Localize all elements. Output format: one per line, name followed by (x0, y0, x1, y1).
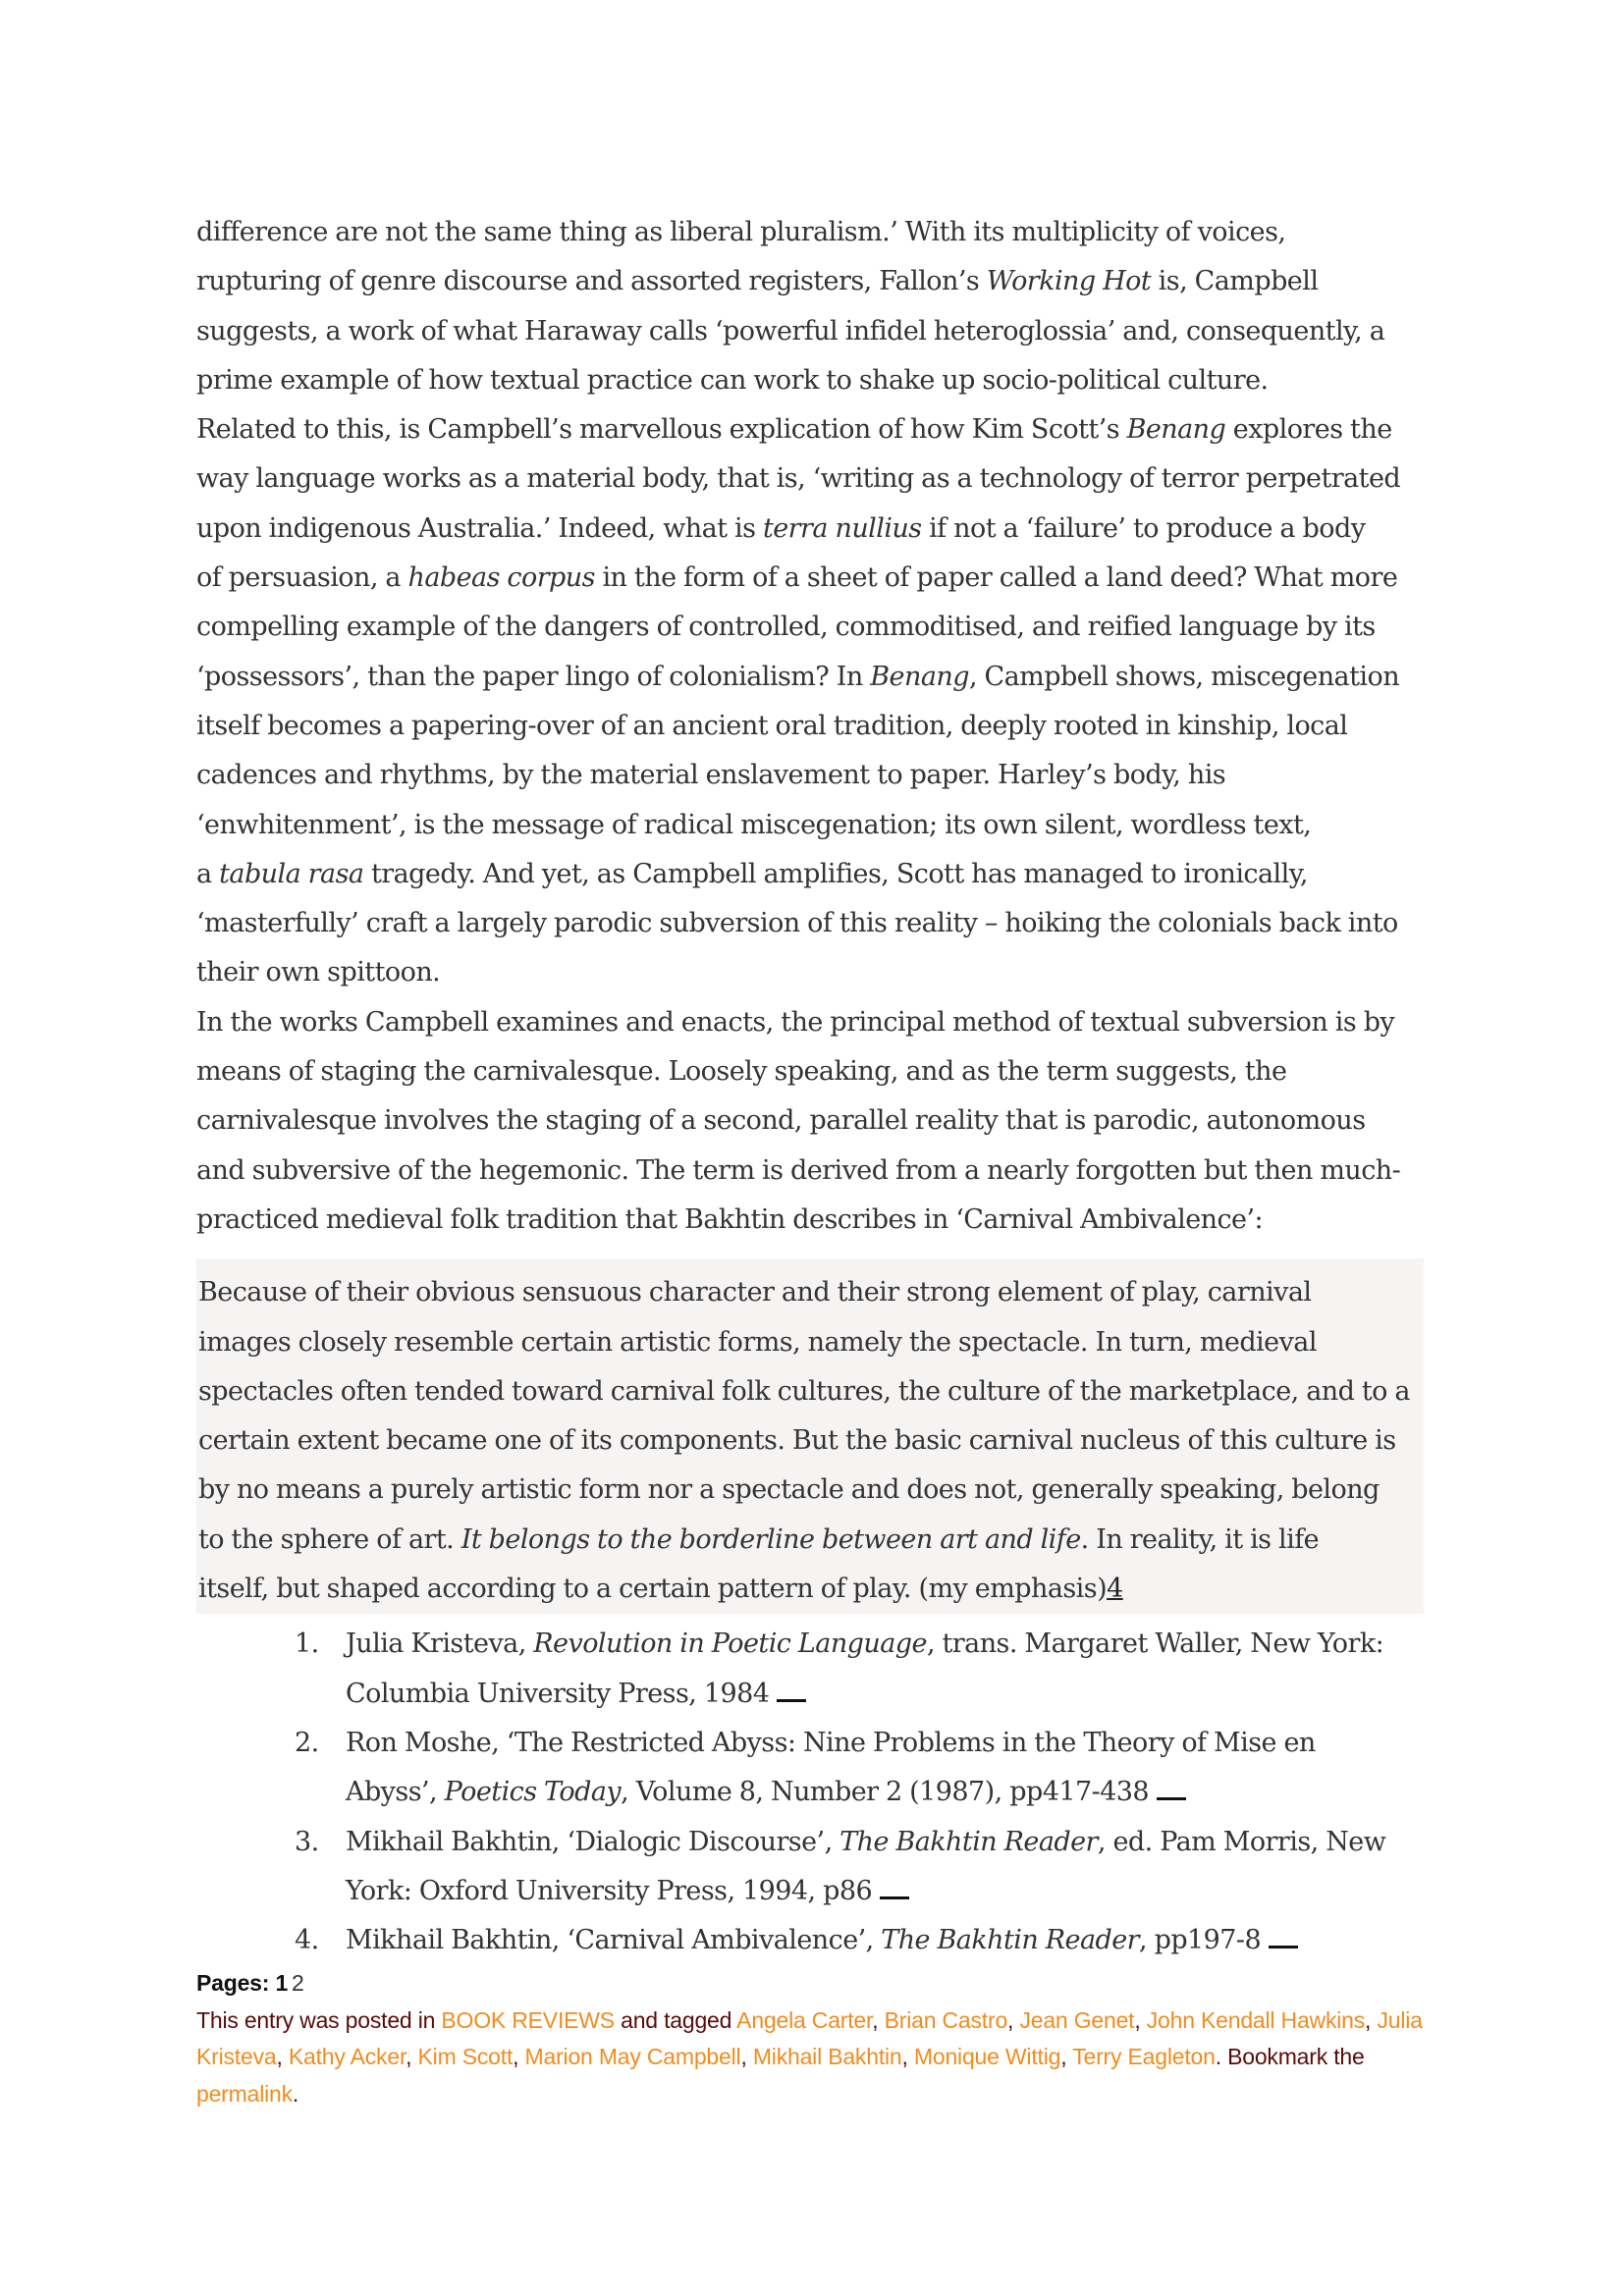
text-line: images closely resemble certain artistic… (198, 1318, 1424, 1367)
text-line: by no means a purely artistic form nor a… (198, 1466, 1424, 1515)
text-run: a (196, 859, 219, 889)
text-line: Julia Kristeva, Revolution in Poetic Lan… (346, 1620, 1434, 1669)
text-line: of persuasion, a habeas corpus in the fo… (196, 554, 1434, 603)
footnote-number: 2. (295, 1719, 330, 1768)
text-line: upon indigenous Australia.’ Indeed, what… (196, 505, 1434, 554)
text-run: if not a ‘failure’ to produce a body (922, 513, 1366, 544)
tag-separator: , (1060, 2044, 1072, 2069)
text-line: difference are not the same thing as lib… (196, 208, 1434, 257)
tag-separator: , (406, 2044, 417, 2069)
article-page: difference are not the same thing as lib… (196, 208, 1434, 2112)
tag-link[interactable]: Kathy Acker (289, 2044, 406, 2069)
text-run: York: Oxford University Press, 1994, p86 (346, 1876, 872, 1906)
italic-text: terra nullius (763, 513, 922, 544)
tagged-text: and tagged (615, 2007, 736, 2033)
footnote-backlink[interactable] (1269, 1946, 1298, 1949)
text-line: Mikhail Bakhtin, ‘Dialogic Discourse’, T… (346, 1818, 1434, 1867)
text-run: upon indigenous Australia.’ Indeed, what… (196, 513, 763, 544)
text-run: is, Campbell (1151, 266, 1318, 296)
bookmark-text: . Bookmark the (1216, 2044, 1365, 2069)
footnote-item: 3.Mikhail Bakhtin, ‘Dialogic Discourse’,… (196, 1818, 1434, 1917)
text-run: Julia Kristeva, (346, 1629, 533, 1659)
permalink-link[interactable]: permalink (196, 2081, 293, 2107)
italic-text: tabula rasa (219, 859, 363, 889)
tag-separator: , (1134, 2007, 1146, 2033)
text-run: prime example of how textual practice ca… (196, 365, 1269, 396)
footnote-item: 4.Mikhail Bakhtin, ‘Carnival Ambivalence… (196, 1916, 1434, 1965)
blockquote: Because of their obvious sensuous charac… (196, 1258, 1424, 1614)
tag-link[interactable]: Mikhail Bakhtin (753, 2044, 902, 2069)
text-run: cadences and rhythms, by the material en… (196, 760, 1225, 790)
text-run: in the form of a sheet of paper called a… (595, 562, 1397, 593)
text-run: ‘enwhitenment’, is the message of radica… (196, 810, 1311, 840)
text-run: practiced medieval folk tradition that B… (196, 1204, 1263, 1235)
tag-link[interactable]: Terry Eagleton (1072, 2044, 1216, 2069)
paragraph: Related to this, is Campbell’s marvellou… (196, 405, 1434, 998)
text-line: Columbia University Press, 1984 (346, 1670, 1434, 1719)
text-run: itself, but shaped according to a certai… (198, 1574, 1107, 1604)
text-run: Related to this, is Campbell’s marvellou… (196, 414, 1127, 445)
text-line: Because of their obvious sensuous charac… (198, 1268, 1424, 1317)
tag-link[interactable]: Jean Genet (1019, 2007, 1134, 2033)
italic-text: habeas corpus (407, 562, 594, 593)
text-line: compelling example of the dangers of con… (196, 603, 1434, 652)
text-run: , trans. Margaret Waller, New York: (927, 1629, 1383, 1659)
tag-link[interactable]: Brian Castro (885, 2007, 1007, 2033)
tag-separator: , (740, 2044, 752, 2069)
italic-text: It belongs to the borderline between art… (461, 1524, 1081, 1555)
text-run: difference are not the same thing as lib… (196, 217, 1285, 247)
text-run: In the works Campbell examines and enact… (196, 1007, 1394, 1038)
text-line: Ron Moshe, ‘The Restricted Abyss: Nine P… (346, 1719, 1434, 1768)
footnote-number: 4. (295, 1916, 330, 1965)
italic-text: Benang (870, 662, 969, 692)
text-line: to the sphere of art. It belongs to the … (198, 1516, 1424, 1565)
text-line: carnivalesque involves the staging of a … (196, 1096, 1434, 1146)
text-line: rupturing of genre discourse and assorte… (196, 257, 1434, 306)
text-run: by no means a purely artistic form nor a… (198, 1474, 1380, 1505)
text-run: their own spittoon. (196, 957, 440, 988)
tag-link[interactable]: Angela Carter (736, 2007, 872, 2033)
text-run: compelling example of the dangers of con… (196, 612, 1376, 642)
text-run: , Campbell shows, miscegenation (969, 662, 1399, 692)
text-run: means of staging the carnivalesque. Loos… (196, 1056, 1286, 1087)
italic-text: Working Hot (987, 266, 1151, 296)
italic-text: Benang (1127, 414, 1226, 445)
footnote-ref-link[interactable]: 4 (1107, 1574, 1123, 1604)
text-line: York: Oxford University Press, 1994, p86 (346, 1867, 1434, 1916)
text-run: , pp197-8 (1139, 1925, 1261, 1955)
text-line: certain extent became one of its compone… (198, 1416, 1424, 1466)
paragraph: In the works Campbell examines and enact… (196, 998, 1434, 1245)
text-run: explores the (1225, 414, 1391, 445)
italic-text: The Bakhtin Reader (839, 1827, 1098, 1857)
pagination-page-link[interactable]: 2 (292, 1970, 304, 1996)
tag-separator: , (872, 2007, 884, 2033)
text-run: Mikhail Bakhtin, ‘Carnival Ambivalence’, (346, 1925, 881, 1955)
text-run: Mikhail Bakhtin, ‘Dialogic Discourse’, (346, 1827, 839, 1857)
footnote-number: 3. (295, 1818, 330, 1867)
italic-text: Poetics Today (445, 1777, 622, 1807)
footnote-item: 2.Ron Moshe, ‘The Restricted Abyss: Nine… (196, 1719, 1434, 1818)
pagination-label: Pages: (196, 1970, 269, 1996)
tag-link[interactable]: Monique Wittig (914, 2044, 1060, 2069)
blockquote-text: Because of their obvious sensuous charac… (196, 1268, 1424, 1614)
category-link[interactable]: BOOK REVIEWS (441, 2007, 615, 2033)
text-run: tragedy. And yet, as Campbell amplifies,… (363, 859, 1307, 889)
text-run: and subversive of the hegemonic. The ter… (196, 1155, 1400, 1186)
footnote-backlink[interactable] (880, 1896, 909, 1899)
italic-text: The Bakhtin Reader (881, 1925, 1139, 1955)
tag-separator: , (902, 2044, 914, 2069)
text-line: In the works Campbell examines and enact… (196, 998, 1434, 1047)
text-run: spectacles often tended toward carnival … (198, 1376, 1410, 1407)
text-line: cadences and rhythms, by the material en… (196, 751, 1434, 800)
text-run: itself becomes a papering-over of an anc… (196, 711, 1347, 741)
post-meta: This entry was posted in BOOK REVIEWS an… (196, 2002, 1434, 2113)
end-period: . (293, 2081, 298, 2107)
pagination-current-page: 1 (275, 1970, 288, 1996)
text-line: prime example of how textual practice ca… (196, 356, 1434, 405)
text-line: Mikhail Bakhtin, ‘Carnival Ambivalence’,… (346, 1916, 1434, 1965)
tag-separator: , (276, 2044, 288, 2069)
text-run: certain extent became one of its compone… (198, 1425, 1396, 1456)
text-line: Related to this, is Campbell’s marvellou… (196, 405, 1434, 454)
text-line: means of staging the carnivalesque. Loos… (196, 1047, 1434, 1096)
text-run: images closely resemble certain artistic… (198, 1327, 1317, 1358)
text-line: their own spittoon. (196, 948, 1434, 997)
text-line: spectacles often tended toward carnival … (198, 1367, 1424, 1416)
text-line: itself, but shaped according to a certai… (198, 1565, 1424, 1614)
text-line: suggests, a work of what Haraway calls ‘… (196, 307, 1434, 356)
italic-text: Revolution in Poetic Language (533, 1629, 927, 1659)
footnotes-list: 1.Julia Kristeva, Revolution in Poetic L… (196, 1620, 1434, 1965)
text-run: , ed. Pam Morris, New (1098, 1827, 1385, 1857)
footnote-number: 1. (295, 1620, 330, 1669)
tag-separator: , (1007, 2007, 1019, 2033)
text-run: . In reality, it is life (1081, 1524, 1319, 1555)
text-line: Abyss’, Poetics Today, Volume 8, Number … (346, 1768, 1434, 1817)
text-run: ‘possessors’, than the paper lingo of co… (196, 662, 870, 692)
text-run: carnivalesque involves the staging of a … (196, 1105, 1366, 1136)
tag-separator: , (1365, 2007, 1377, 2033)
text-run: ‘masterfully’ craft a largely parodic su… (196, 908, 1398, 938)
text-run: Abyss’, (346, 1777, 445, 1807)
pagination: Pages: 12 (196, 1965, 1434, 2002)
paragraph: difference are not the same thing as lib… (196, 208, 1434, 405)
article-body: difference are not the same thing as lib… (196, 208, 1434, 1245)
text-line: ‘possessors’, than the paper lingo of co… (196, 653, 1434, 702)
footnote-backlink[interactable] (777, 1699, 806, 1702)
text-line: a tabula rasa tragedy. And yet, as Campb… (196, 850, 1434, 899)
text-run: Columbia University Press, 1984 (346, 1679, 769, 1709)
text-run: , Volume 8, Number 2 (1987), pp417-438 (621, 1777, 1149, 1807)
tag-link[interactable]: Marion May Campbell (525, 2044, 741, 2069)
posted-in-text: This entry was posted in (196, 2007, 441, 2033)
text-run: to the sphere of art. (198, 1524, 461, 1555)
text-run: Because of their obvious sensuous charac… (198, 1277, 1311, 1308)
text-run: suggests, a work of what Haraway calls ‘… (196, 316, 1384, 347)
text-line: and subversive of the hegemonic. The ter… (196, 1147, 1434, 1196)
text-line: itself becomes a papering-over of an anc… (196, 702, 1434, 751)
footnote-item: 1.Julia Kristeva, Revolution in Poetic L… (196, 1620, 1434, 1719)
tag-separator: , (513, 2044, 524, 2069)
text-line: way language works as a material body, t… (196, 454, 1434, 504)
text-run: rupturing of genre discourse and assorte… (196, 266, 987, 296)
text-run: way language works as a material body, t… (196, 463, 1400, 494)
text-run: Ron Moshe, ‘The Restricted Abyss: Nine P… (346, 1728, 1316, 1758)
text-line: ‘masterfully’ craft a largely parodic su… (196, 899, 1434, 948)
footnote-backlink[interactable] (1157, 1797, 1186, 1800)
tag-link[interactable]: Kim Scott (418, 2044, 514, 2069)
text-run: of persuasion, a (196, 562, 407, 593)
tag-link[interactable]: John Kendall Hawkins (1147, 2007, 1365, 2033)
text-line: ‘enwhitenment’, is the message of radica… (196, 801, 1434, 850)
text-line: practiced medieval folk tradition that B… (196, 1196, 1434, 1245)
